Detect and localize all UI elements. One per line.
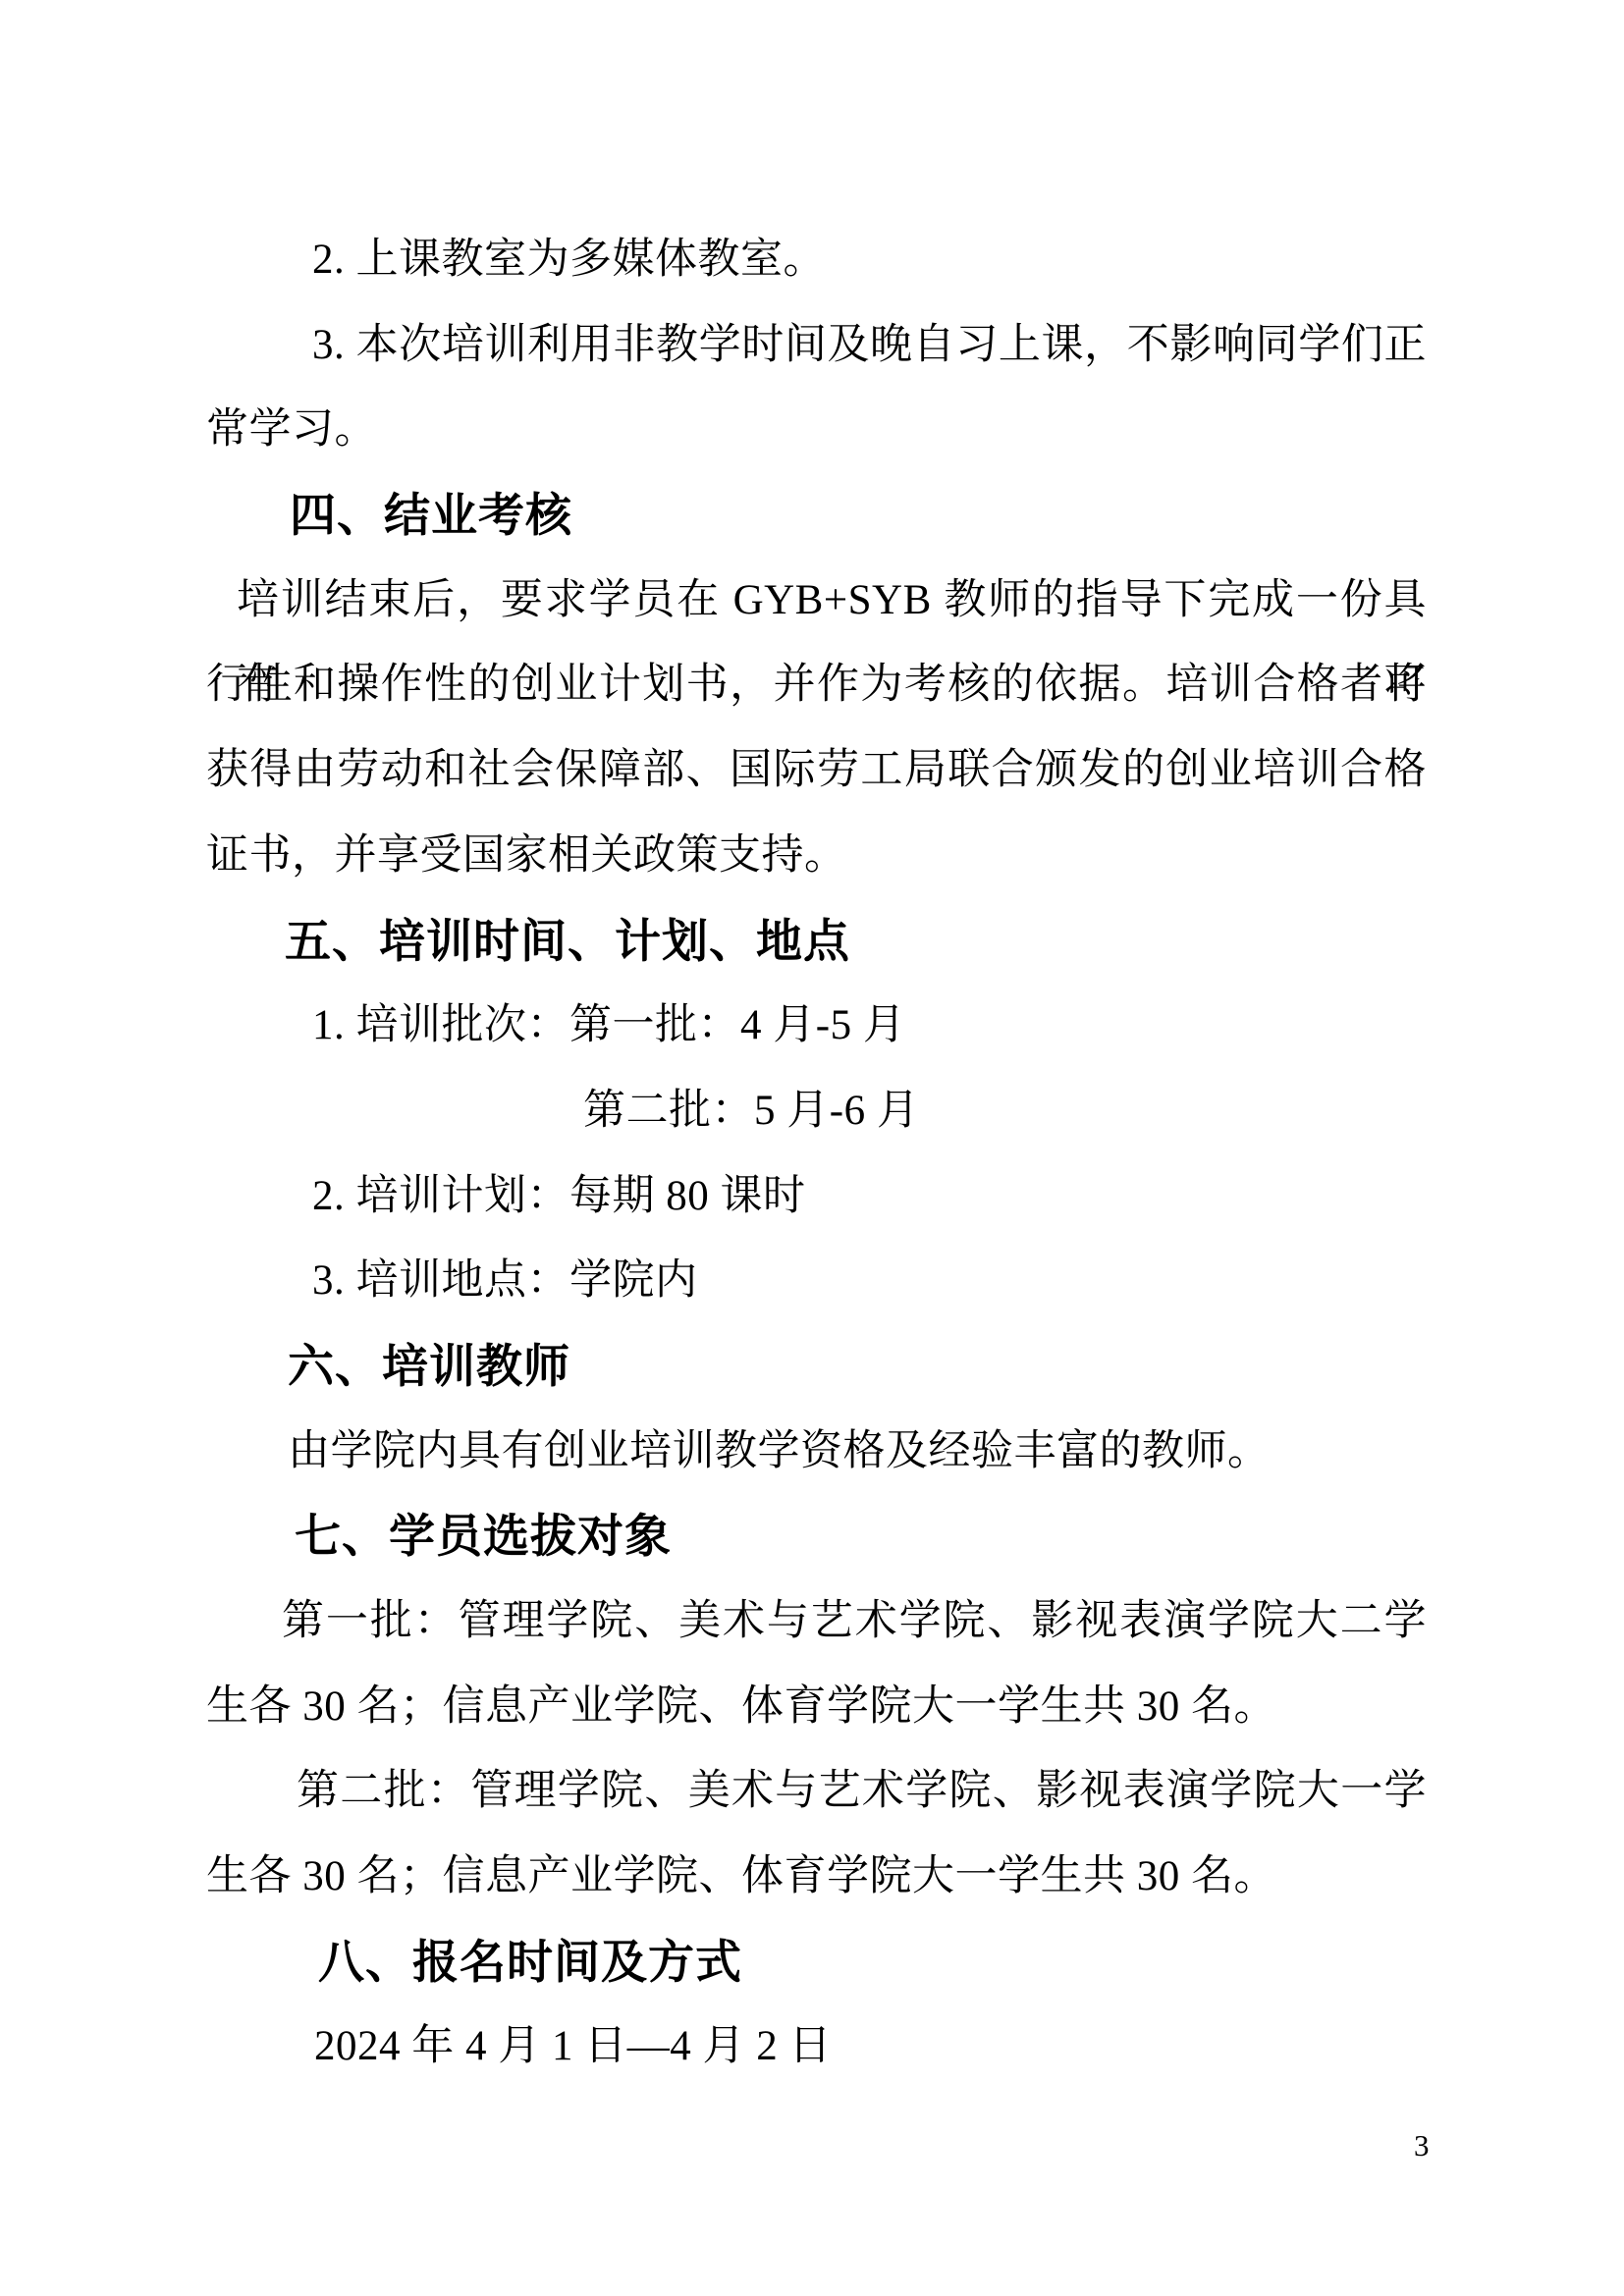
- list-item-batch-2-dates: 第二批：5 月-6 月: [206, 1069, 1427, 1154]
- para-assessment-line-4: 证书，并享受国家相关政策支持。: [206, 814, 1427, 899]
- heading-section-5-schedule: 五、培训时间、计划、地点: [206, 899, 1427, 985]
- para-assessment-line-1: 培训结束后，要求学员在 GYB+SYB 教师的指导下完成一份具有可: [206, 559, 1427, 644]
- document-body: 2. 上课教室为多媒体教室。 3. 本次培训利用非教学时间及晚自习上课，不影响同…: [206, 218, 1427, 2090]
- para-batch2-line-2: 生各 30 名；信息产业学院、体育学院大一学生共 30 名。: [206, 1835, 1427, 1920]
- page-number: 3: [1414, 2123, 1430, 2168]
- para-batch2-line-1: 第二批：管理学院、美术与艺术学院、影视表演学院大一学: [206, 1749, 1427, 1835]
- list-item-2-plan: 2. 培训计划：每期 80 课时: [206, 1154, 1427, 1240]
- document-page: 2. 上课教室为多媒体教室。 3. 本次培训利用非教学时间及晚自习上课，不影响同…: [0, 0, 1624, 2296]
- para-batch1-line-2: 生各 30 名；信息产业学院、体育学院大一学生共 30 名。: [206, 1665, 1427, 1750]
- para-batch1-line-1: 第一批：管理学院、美术与艺术学院、影视表演学院大二学: [206, 1579, 1427, 1665]
- list-item-3-location: 3. 培训地点：学院内: [206, 1239, 1427, 1324]
- para-assessment-line-2: 行性和操作性的创业计划书，并作为考核的依据。培训合格者将: [206, 643, 1427, 728]
- list-item-3-continuation: 常学习。: [206, 388, 1427, 473]
- list-item-3-schedule-note: 3. 本次培训利用非教学时间及晚自习上课，不影响同学们正: [206, 303, 1427, 389]
- heading-section-6-teachers: 六、培训教师: [206, 1324, 1427, 1410]
- list-item-1-batches: 1. 培训批次：第一批：4 月-5 月: [206, 984, 1427, 1069]
- heading-section-7-selection: 七、学员选拔对象: [206, 1494, 1427, 1579]
- para-assessment-line-3: 获得由劳动和社会保障部、国际劳工局联合颁发的创业培训合格: [206, 728, 1427, 814]
- list-item-2-classroom: 2. 上课教室为多媒体教室。: [206, 218, 1427, 303]
- para-registration-dates: 2024 年 4 月 1 日—4 月 2 日: [206, 2004, 1427, 2090]
- heading-section-8-registration: 八、报名时间及方式: [206, 1920, 1427, 2005]
- heading-section-4-assessment: 四、结业考核: [206, 473, 1427, 559]
- para-teachers: 由学院内具有创业培训教学资格及经验丰富的教师。: [206, 1410, 1427, 1495]
